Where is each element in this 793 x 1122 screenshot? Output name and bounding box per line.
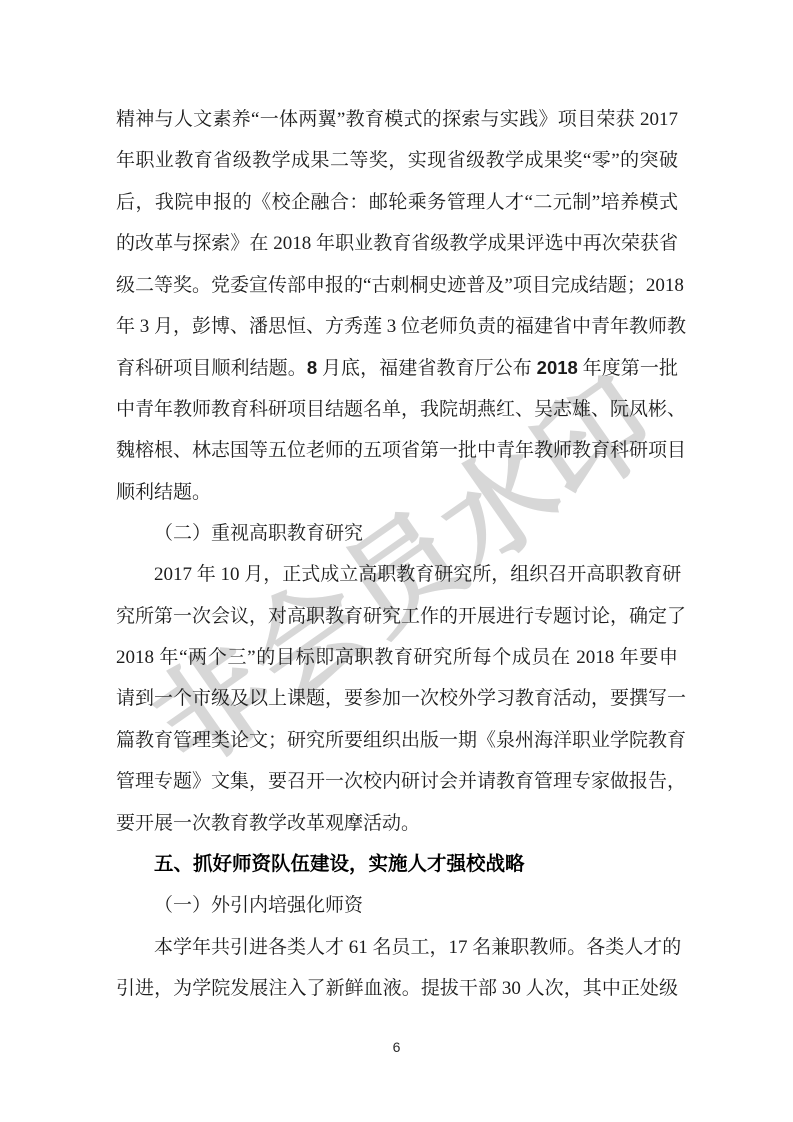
text-line: 后，我院申报的《校企融合：邮轮乘务管理人才“二元制”培养模式 [116, 182, 678, 223]
text-line: 究所第一次会议，对高职教育研究工作的开展进行专题讨论，确定了 [116, 596, 678, 637]
text-segment: 月底，福建省教育厅公布 [317, 358, 537, 379]
page-number: 6 [0, 1037, 793, 1057]
text-segment: 年度第一批 [578, 358, 678, 379]
number-segment: 2018 [537, 357, 578, 378]
text-line: 的改革与探索》在 2018 年职业教育省级教学成果评选中再次荣获省 [116, 223, 678, 264]
text-line: 管理专题》文集，要召开一次校内研讨会并请教育管理专家做报告， [116, 761, 678, 802]
text-line: 2017 年 10 月，正式成立高职教育研究所，组织召开高职教育研 [116, 554, 678, 595]
text-line: 2018 年“两个三”的目标即高职教育研究所每个成员在 2018 年要申 [116, 637, 678, 678]
text-line: 级二等奖。党委宣传部申报的“古刺桐史迹普及”项目完成结题；2018 [116, 265, 678, 306]
text-line: 育科研项目顺利结题。8 月底，福建省教育厅公布 2018 年度第一批 [116, 347, 678, 388]
text-line: 引进，为学院发展注入了新鲜血液。提拔干部 30 人次，其中正处级 [116, 968, 678, 1009]
number-segment: 8 [307, 357, 317, 378]
document-page: 非会员水印 精神与人文素养“一体两翼”教育模式的探索与实践》项目荣获 2017 … [0, 0, 793, 1122]
text-line: 中青年教师教育科研项目结题名单，我院胡燕红、吴志雄、阮凤彬、 [116, 389, 678, 430]
text-line: 精神与人文素养“一体两翼”教育模式的探索与实践》项目荣获 2017 [116, 99, 678, 140]
text-line: 顺利结题。 [116, 472, 678, 513]
text-block: 精神与人文素养“一体两翼”教育模式的探索与实践》项目荣获 2017 年职业教育省… [116, 99, 678, 1010]
text-segment: 育科研项目顺利结题。 [116, 358, 307, 379]
text-line: 要开展一次教育教学改革观摩活动。 [116, 803, 678, 844]
text-line: 年职业教育省级教学成果二等奖，实现省级教学成果奖“零”的突破 [116, 140, 678, 181]
text-line: 请到一个市级及以上课题，要参加一次校外学习教育活动，要撰写一 [116, 678, 678, 719]
section-heading: 五、抓好师资队伍建设，实施人才强校战略 [116, 844, 678, 885]
subsection-heading: （二）重视高职教育研究 [116, 513, 678, 554]
text-line: 本学年共引进各类人才 61 名员工，17 名兼职教师。各类人才的 [116, 927, 678, 968]
text-line: 魏榕根、林志国等五位老师的五项省第一批中青年教师教育科研项目 [116, 430, 678, 471]
text-line: 年 3 月，彭博、潘思恒、方秀莲 3 位老师负责的福建省中青年教师教 [116, 306, 678, 347]
subsection-heading: （一）外引内培强化师资 [116, 885, 678, 926]
text-line: 篇教育管理类论文；研究所要组织出版一期《泉州海洋职业学院教育 [116, 720, 678, 761]
